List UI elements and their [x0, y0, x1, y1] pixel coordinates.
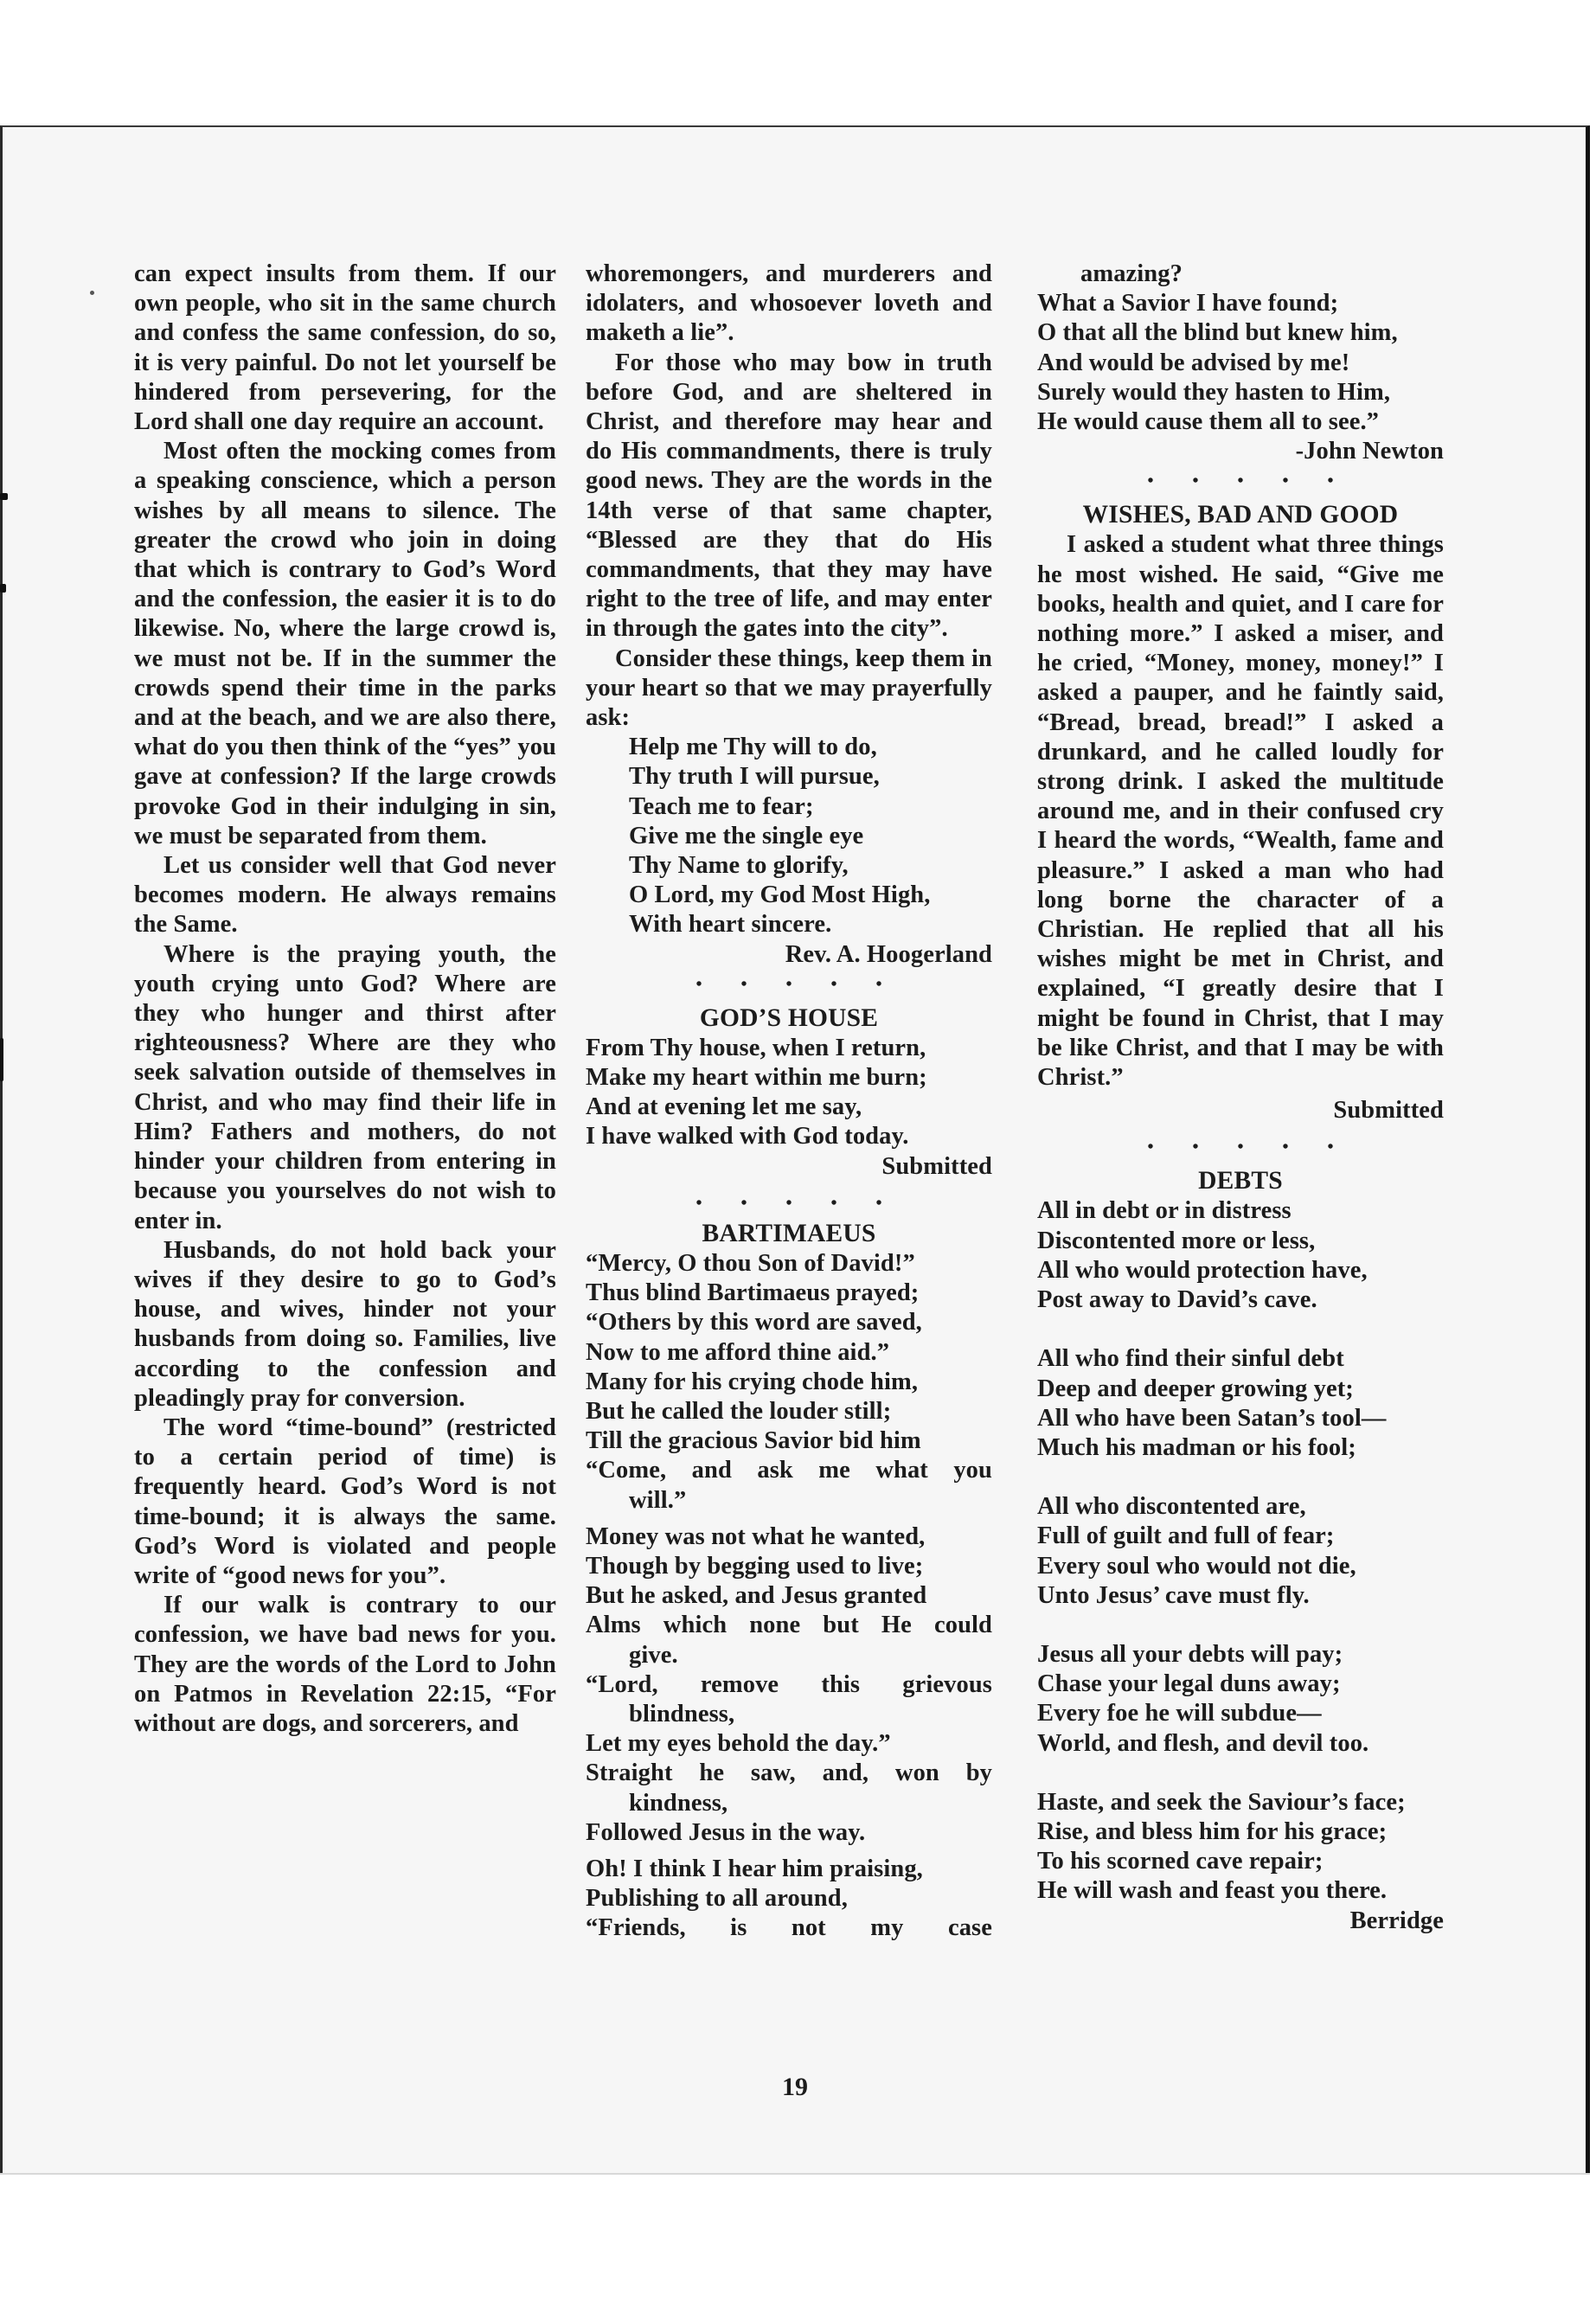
scan-speck — [90, 291, 94, 295]
poem-line-continuation: amazing? — [1037, 260, 1444, 289]
poem-line: “Come, and ask me what you — [586, 1456, 992, 1485]
page-bottom-edge — [0, 2173, 1590, 2175]
section-heading-debts: DEBTS — [1037, 1165, 1444, 1196]
article-paragraph: Most often the mocking comes from a spea… — [134, 437, 556, 851]
poem-line: Publishing to all around, — [586, 1884, 992, 1913]
poem-line: World, and flesh, and devil too. — [1037, 1729, 1444, 1759]
poem-line: Haste, and seek the Saviour’s face; — [1037, 1788, 1444, 1817]
poem-line-continuation: will.” — [586, 1486, 992, 1516]
poem-line: Every foe he will subdue— — [1037, 1699, 1444, 1728]
article-paragraph: can expect insults from them. If our own… — [134, 260, 556, 437]
poem-gods-house: From Thy house, when I return, Make my h… — [586, 1034, 992, 1152]
poem-line: “Friends, is not my case — [586, 1913, 992, 1943]
verse-line: With heart sincere. — [629, 910, 992, 939]
article-paragraph: Let us consider well that God never beco… — [134, 851, 556, 940]
author-attribution: Submitted — [586, 1152, 992, 1182]
poem-line: But he asked, and Jesus granted — [586, 1581, 992, 1611]
poem-line: Though by begging used to live; — [586, 1552, 992, 1581]
poem-line: Much his madman or his fool; — [1037, 1433, 1444, 1463]
poem-line: From Thy house, when I return, — [586, 1034, 992, 1063]
poem-bartimaeus-continued: amazing? What a Savior I have found; O t… — [1037, 260, 1444, 437]
poem-line: Full of guilt and full of fear; — [1037, 1522, 1444, 1551]
article-paragraph: whoremongers, and murderers and idolater… — [586, 260, 992, 349]
article-paragraph: Husbands, do not hold back your wives if… — [134, 1236, 556, 1413]
poem-line: Discontented more or less, — [1037, 1227, 1444, 1256]
poem-line: All who discontented are, — [1037, 1492, 1444, 1522]
poem-line: “Mercy, O thou Son of David!” — [586, 1249, 992, 1279]
verse-line: Teach me to fear; — [629, 792, 992, 822]
poem-line: He will wash and feast you there. — [1037, 1876, 1444, 1906]
poem-line: Deep and deeper growing yet; — [1037, 1375, 1444, 1404]
article-paragraph: Where is the praying youth, the youth cr… — [134, 940, 556, 1236]
poem-line: All who have been Satan’s tool— — [1037, 1404, 1444, 1433]
scan-artifact-mark — [0, 1038, 3, 1081]
poem-line: “Others by this word are saved, — [586, 1308, 992, 1337]
poem-line: Unto Jesus’ cave must fly. — [1037, 1581, 1444, 1611]
article-paragraph: Consider these things, keep them in your… — [586, 644, 992, 734]
poem-line: All in debt or in distress — [1037, 1196, 1444, 1226]
scan-artifact-mark — [0, 493, 8, 500]
article-paragraph: For those who may bow in truth before Go… — [586, 349, 992, 644]
article-paragraph: I asked a student what three things he m… — [1037, 530, 1444, 1093]
poem-line: But he called the louder still; — [586, 1397, 992, 1426]
poem-line-continuation: kindness, — [586, 1789, 992, 1818]
poem-line: All who find their sinful debt — [1037, 1344, 1444, 1374]
poem-line: O that all the blind but knew him, — [1037, 318, 1444, 348]
author-attribution: Rev. A. Hoogerland — [586, 940, 992, 970]
poem-debts: All in debt or in distress Discontented … — [1037, 1196, 1444, 1906]
page-number: 19 — [0, 2073, 1590, 2102]
section-divider-dots: • • • • • — [1037, 468, 1444, 496]
poem-line: Alms which none but He could — [586, 1611, 992, 1640]
stanza-spacer — [1037, 1463, 1444, 1492]
stanza-spacer — [586, 1516, 992, 1522]
poem-line: Post away to David’s cave. — [1037, 1285, 1444, 1315]
section-heading-gods-house: GOD’S HOUSE — [586, 1003, 992, 1034]
verse-line: Help me Thy will to do, — [629, 733, 992, 762]
poem-line: Till the gracious Savior bid him — [586, 1426, 992, 1456]
scan-artifact-mark — [0, 584, 6, 593]
author-attribution: Berridge — [1037, 1907, 1444, 1936]
verse-line: Thy truth I will pursue, — [629, 762, 992, 792]
section-divider-dots: • • • • • — [586, 971, 992, 999]
poem-line: And would be advised by me! — [1037, 349, 1444, 378]
poem-line: To his scorned cave repair; — [1037, 1847, 1444, 1876]
poem-line: Money was not what he wanted, — [586, 1522, 992, 1552]
poem-line-continuation: give. — [586, 1641, 992, 1670]
section-divider-dots: • • • • • — [1037, 1134, 1444, 1162]
poem-line: Every soul who would not die, — [1037, 1552, 1444, 1581]
poem-line: Many for his crying chode him, — [586, 1368, 992, 1397]
poem-line: Jesus all your debts will pay; — [1037, 1640, 1444, 1670]
poem-line-continuation: blindness, — [586, 1700, 992, 1729]
stanza-spacer — [1037, 1315, 1444, 1344]
poem-line: Oh! I think I hear him praising, — [586, 1855, 992, 1884]
column-right: amazing? What a Savior I have found; O t… — [1037, 260, 1444, 1936]
poem-line: Make my heart within me burn; — [586, 1063, 992, 1093]
poem-line: Chase your legal duns away; — [1037, 1670, 1444, 1699]
article-paragraph: If our walk is contrary to our confessio… — [134, 1591, 556, 1739]
author-attribution: Submitted — [1037, 1096, 1444, 1125]
section-heading-bartimaeus: BARTIMAEUS — [586, 1218, 992, 1249]
stanza-spacer — [1037, 1611, 1444, 1640]
poem-line: He would cause them all to see.” — [1037, 407, 1444, 437]
author-attribution: -John Newton — [1037, 437, 1444, 466]
poem-line: All who would protection have, — [1037, 1256, 1444, 1285]
poem-line: What a Savior I have found; — [1037, 289, 1444, 318]
poem-line: Straight he saw, and, won by — [586, 1759, 992, 1788]
poem-line: I have walked with God today. — [586, 1122, 992, 1151]
poem-line: Now to me afford thine aid.” — [586, 1338, 992, 1368]
prayer-verse: Help me Thy will to do, Thy truth I will… — [586, 733, 992, 939]
stanza-spacer — [1037, 1759, 1444, 1788]
poem-line: Let my eyes behold the day.” — [586, 1729, 992, 1759]
column-middle: whoremongers, and murderers and idolater… — [586, 260, 992, 1944]
poem-line: And at evening let me say, — [586, 1093, 992, 1122]
column-left-article: can expect insults from them. If our own… — [134, 260, 556, 1739]
poem-line: Thus blind Bartimaeus prayed; — [586, 1279, 992, 1308]
verse-line: O Lord, my God Most High, — [629, 881, 992, 910]
poem-line: “Lord, remove this grievous — [586, 1670, 992, 1700]
poem-bartimaeus: “Mercy, O thou Son of David!” Thus blind… — [586, 1249, 992, 1944]
poem-line: Surely would they hasten to Him, — [1037, 378, 1444, 407]
poem-line: Followed Jesus in the way. — [586, 1818, 992, 1848]
verse-line: Thy Name to glorify, — [629, 851, 992, 881]
verse-line: Give me the single eye — [629, 822, 992, 851]
section-divider-dots: • • • • • — [586, 1190, 992, 1218]
emphasis-text: the Same. — [134, 911, 238, 938]
paragraph-text: Let us consider well that God never beco… — [134, 852, 556, 908]
poem-line: Rise, and bless him for his grace; — [1037, 1817, 1444, 1847]
article-paragraph: The word “time-bound” (restricted to a c… — [134, 1413, 556, 1591]
stanza-spacer — [586, 1848, 992, 1855]
section-heading-wishes: WISHES, BAD AND GOOD — [1037, 499, 1444, 530]
